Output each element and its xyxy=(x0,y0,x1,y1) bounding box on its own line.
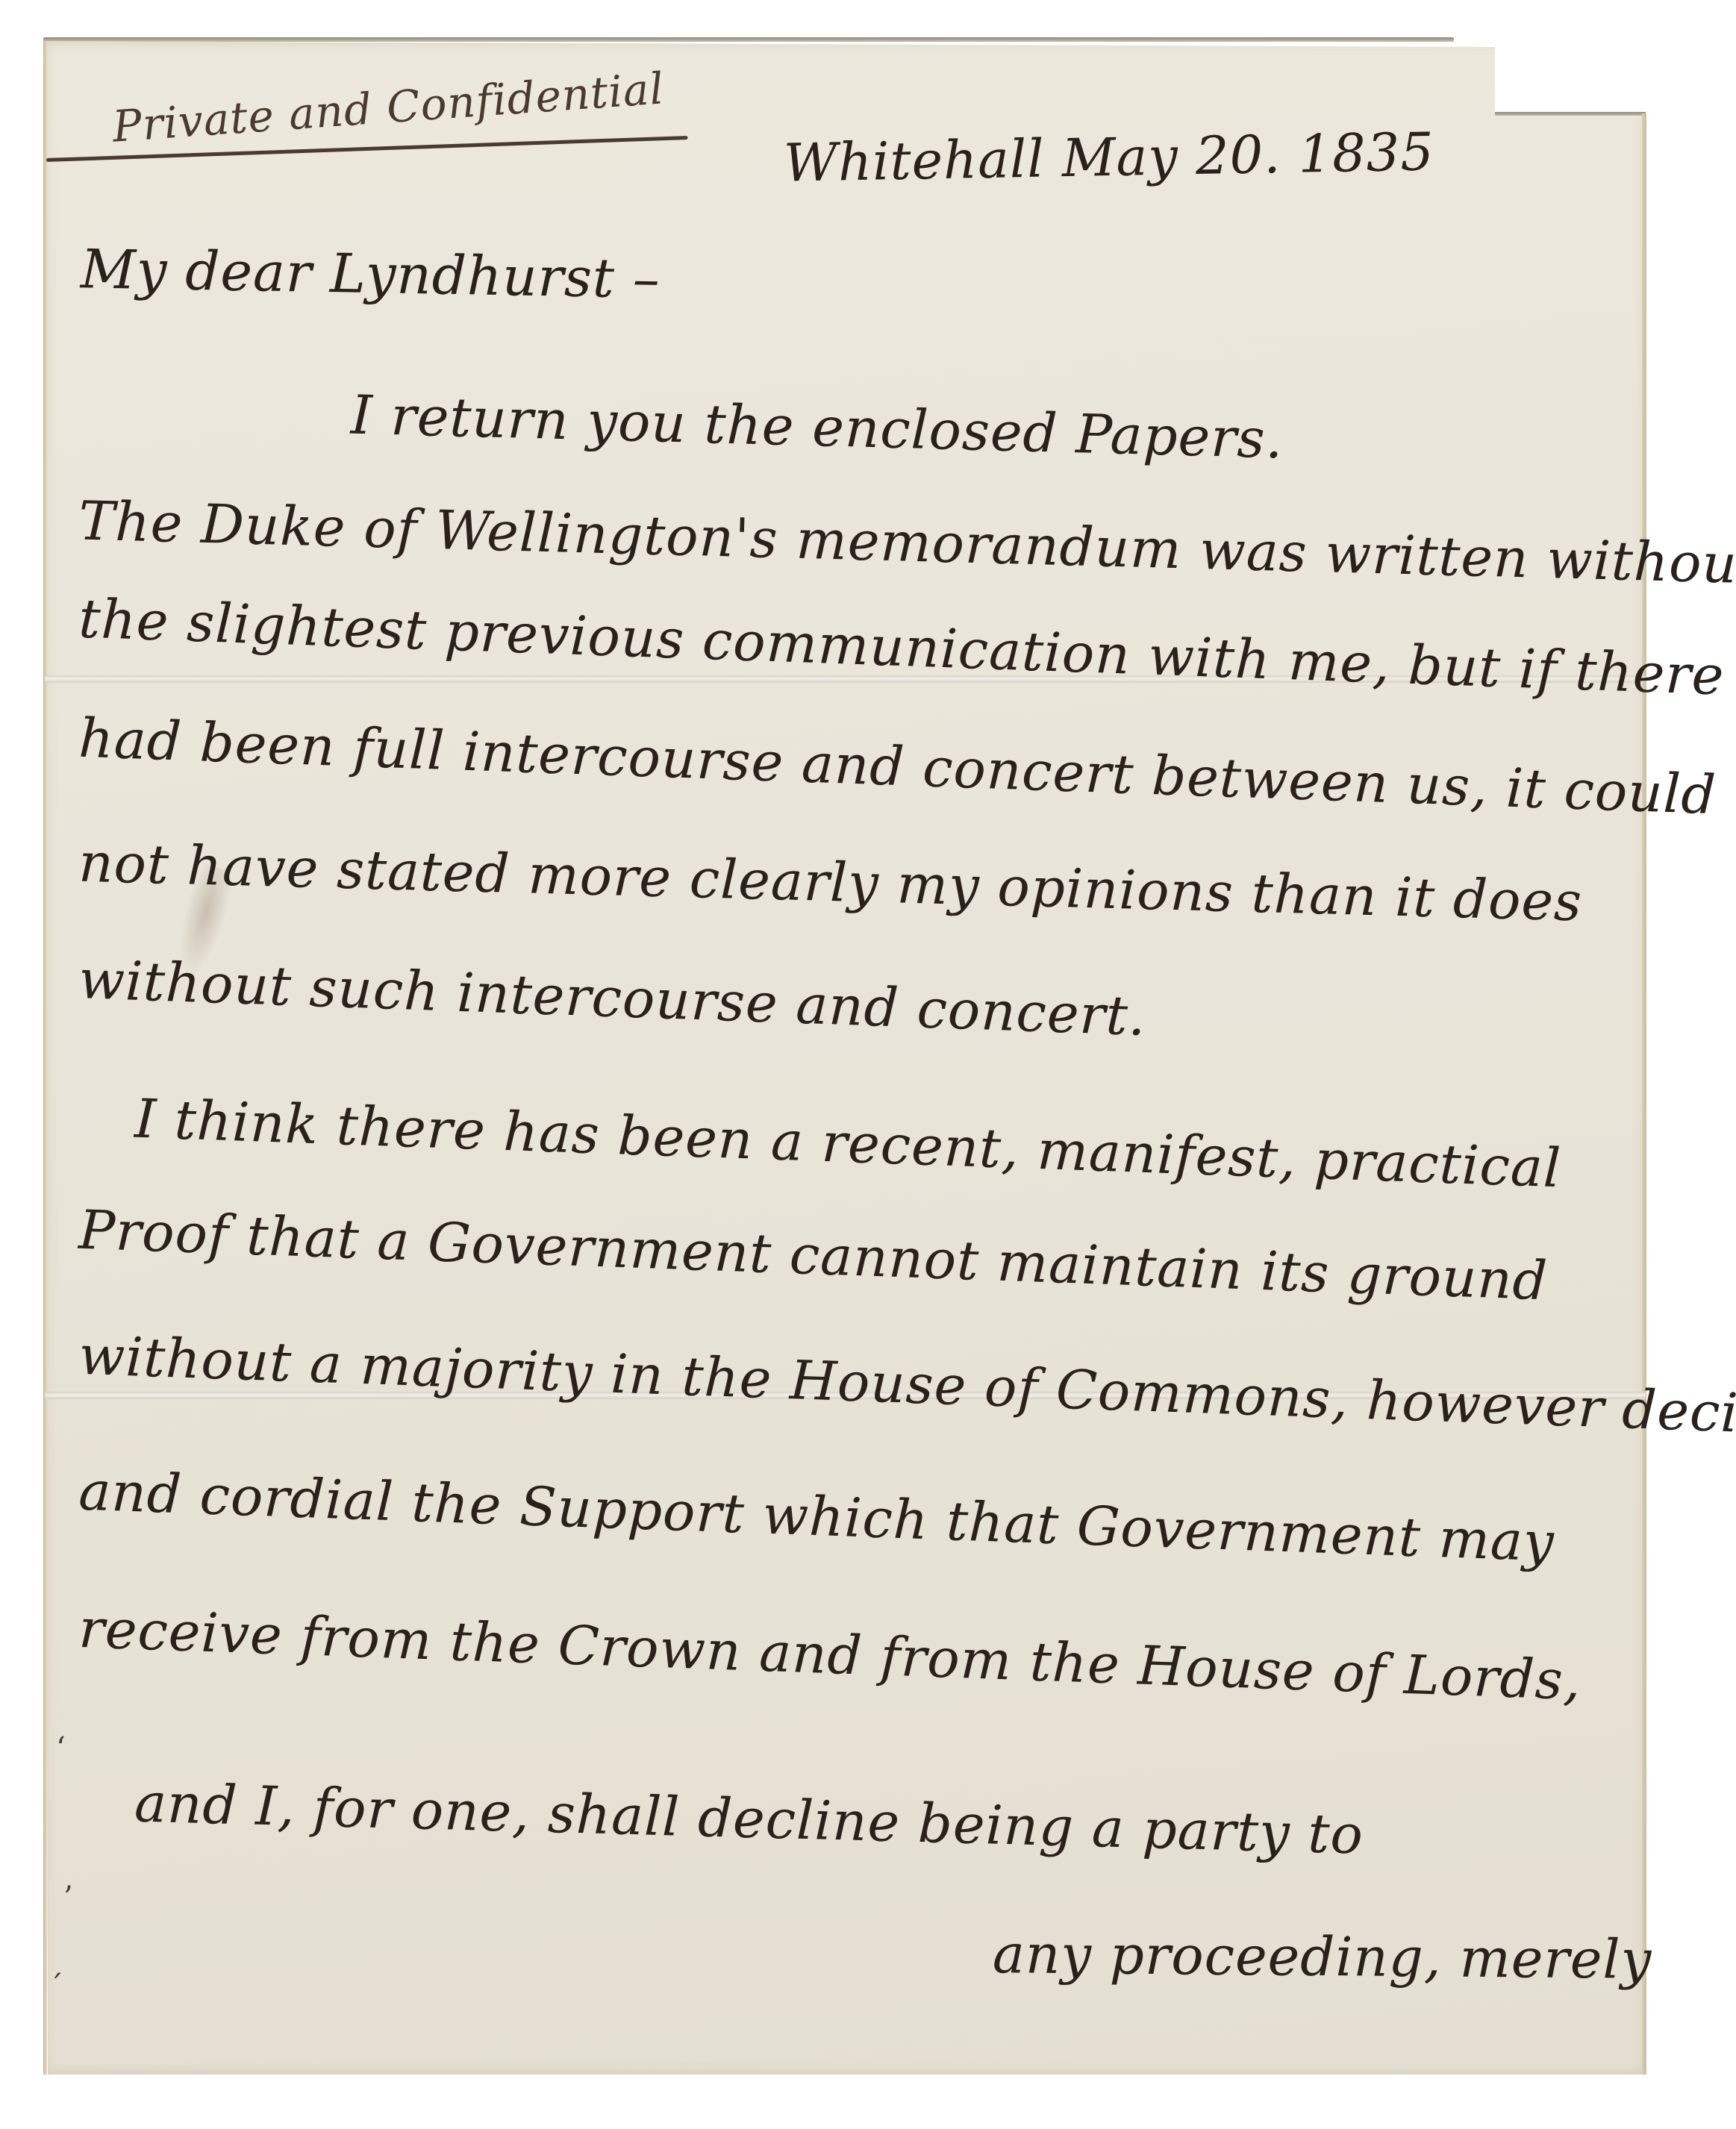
place-date: Whitehall May 20. 1835 xyxy=(783,121,1434,193)
margin-mark: ‘ xyxy=(56,1731,66,1766)
paper-top-edge xyxy=(43,37,1454,42)
letter-sheet xyxy=(43,41,1646,2075)
salutation: My dear Lyndhurst – xyxy=(80,237,661,310)
paper-left-edge xyxy=(43,41,47,2075)
margin-mark: ’ xyxy=(63,1881,73,1915)
margin-mark: ´ xyxy=(49,1970,63,2004)
paper-right-edge xyxy=(1642,113,1646,2075)
letter-line: any proceeding, merely xyxy=(993,1922,1652,1991)
